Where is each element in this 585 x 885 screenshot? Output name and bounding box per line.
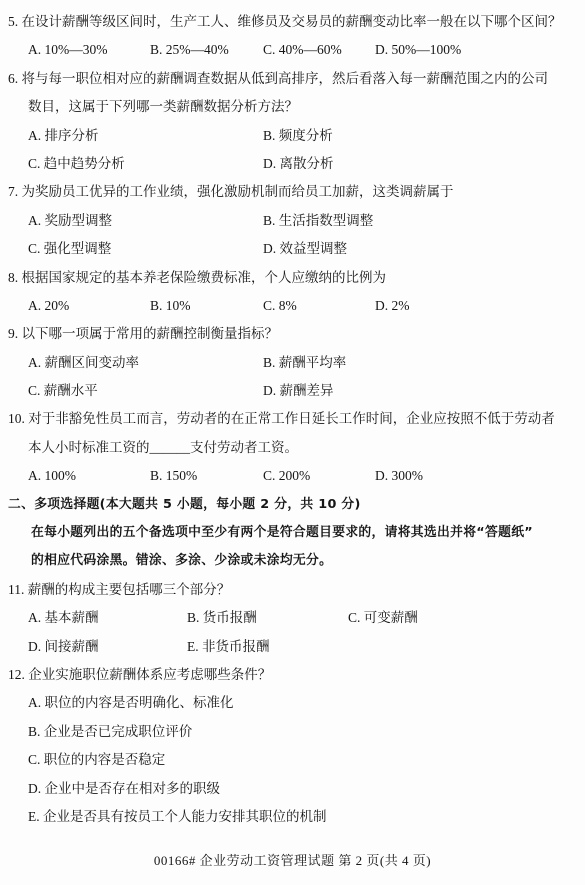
option-d: D. 间接薪酬	[28, 633, 187, 661]
option-a: A. 排序分析	[28, 122, 263, 150]
option-a: A. 100%	[28, 462, 150, 490]
option-b: B. 货币报酬	[187, 604, 348, 632]
question-12-stem: 12. 企业实施职位薪酬体系应考虑哪些条件？	[0, 661, 585, 689]
question-12-option-b: B. 企业是否已完成职位评价	[0, 718, 585, 746]
option-c: C. 40%—60%	[263, 36, 375, 64]
question-9-stem: 9. 以下哪一项属于常用的薪酬控制衡量指标？	[0, 320, 585, 348]
option-b: B. 频度分析	[263, 122, 585, 150]
option-d: D. 离散分析	[263, 150, 585, 178]
question-5-options: A. 10%—30% B. 25%—40% C. 40%—60% D. 50%—…	[0, 36, 585, 64]
option-c: C. 强化型调整	[28, 235, 263, 263]
section-2-title: 二、多项选择题(本大题共 5 小题，每小题 2 分，共 10 分)	[0, 491, 585, 519]
page-footer: 00166# 企业劳动工资管理试题 第 2 页(共 4 页)	[0, 851, 585, 871]
question-11-options-row-1: A. 基本薪酬 B. 货币报酬 C. 可变薪酬	[0, 604, 585, 632]
question-7-options-row-1: A. 奖励型调整 B. 生活指数型调整	[0, 207, 585, 235]
question-6-options-row-1: A. 排序分析 B. 频度分析	[0, 122, 585, 150]
question-10-stem: 10. 对于非豁免性员工而言，劳动者的在正常工作日延长工作时间，企业应按照不低于…	[0, 405, 585, 433]
question-8-stem: 8. 根据国家规定的基本养老保险缴费标准，个人应缴纳的比例为	[0, 264, 585, 292]
question-11-options-row-2: D. 间接薪酬 E. 非货币报酬	[0, 633, 585, 661]
question-8-options: A. 20% B. 10% C. 8% D. 2%	[0, 292, 585, 320]
option-c: C. 8%	[263, 292, 375, 320]
question-12-option-e: E. 企业是否具有按员工个人能力安排其职位的机制	[0, 803, 585, 831]
option-a: A. 奖励型调整	[28, 207, 263, 235]
option-d: D. 2%	[375, 292, 585, 320]
question-7-options-row-2: C. 强化型调整 D. 效益型调整	[0, 235, 585, 263]
option-c: C. 薪酬水平	[28, 377, 263, 405]
option-e: E. 非货币报酬	[187, 633, 348, 661]
option-a: A. 10%—30%	[28, 36, 150, 64]
option-b: B. 薪酬平均率	[263, 349, 585, 377]
question-9-options-row-1: A. 薪酬区间变动率 B. 薪酬平均率	[0, 349, 585, 377]
exam-page: 5. 在设计薪酬等级区间时，生产工人、维修员及交易员的薪酬变动比率一般在以下哪个…	[0, 0, 585, 871]
question-6-stem: 6. 将与每一职位相对应的薪酬调查数据从低到高排序，然后看落入每一薪酬范围之内的…	[0, 65, 585, 93]
question-11-stem: 11. 薪酬的构成主要包括哪三个部分？	[0, 576, 585, 604]
question-12-option-a: A. 职位的内容是否明确化、标准化	[0, 689, 585, 717]
question-12-option-c: C. 职位的内容是否稳定	[0, 746, 585, 774]
question-6-options-row-2: C. 趋中趋势分析 D. 离散分析	[0, 150, 585, 178]
option-b: B. 150%	[150, 462, 263, 490]
option-d: D. 300%	[375, 462, 585, 490]
question-12-option-d: D. 企业中是否存在相对多的职级	[0, 775, 585, 803]
section-2-instructions-line-2: 的相应代码涂黑。错涂、多涂、少涂或未涂均无分。	[0, 547, 585, 575]
option-c: C. 可变薪酬	[348, 604, 585, 632]
option-b: B. 25%—40%	[150, 36, 263, 64]
question-10-options: A. 100% B. 150% C. 200% D. 300%	[0, 462, 585, 490]
option-d: D. 效益型调整	[263, 235, 585, 263]
question-10-stem-continued: 本人小时标准工资的______支付劳动者工资。	[0, 434, 585, 462]
option-c: C. 200%	[263, 462, 375, 490]
option-b: B. 10%	[150, 292, 263, 320]
section-2-instructions-line-1: 在每小题列出的五个备选项中至少有两个是符合题目要求的，请将其选出并将“答题纸”	[0, 519, 585, 547]
option-a: A. 20%	[28, 292, 150, 320]
option-a: A. 薪酬区间变动率	[28, 349, 263, 377]
question-5-stem: 5. 在设计薪酬等级区间时，生产工人、维修员及交易员的薪酬变动比率一般在以下哪个…	[0, 8, 585, 36]
option-d: D. 50%—100%	[375, 36, 585, 64]
question-9-options-row-2: C. 薪酬水平 D. 薪酬差异	[0, 377, 585, 405]
option-a: A. 基本薪酬	[28, 604, 187, 632]
question-7-stem: 7. 为奖励员工优异的工作业绩，强化激励机制而给员工加薪，这类调薪属于	[0, 178, 585, 206]
option-b: B. 生活指数型调整	[263, 207, 585, 235]
option-c: C. 趋中趋势分析	[28, 150, 263, 178]
question-6-stem-continued: 数目，这属于下列哪一类薪酬数据分析方法？	[0, 93, 585, 121]
option-d: D. 薪酬差异	[263, 377, 585, 405]
